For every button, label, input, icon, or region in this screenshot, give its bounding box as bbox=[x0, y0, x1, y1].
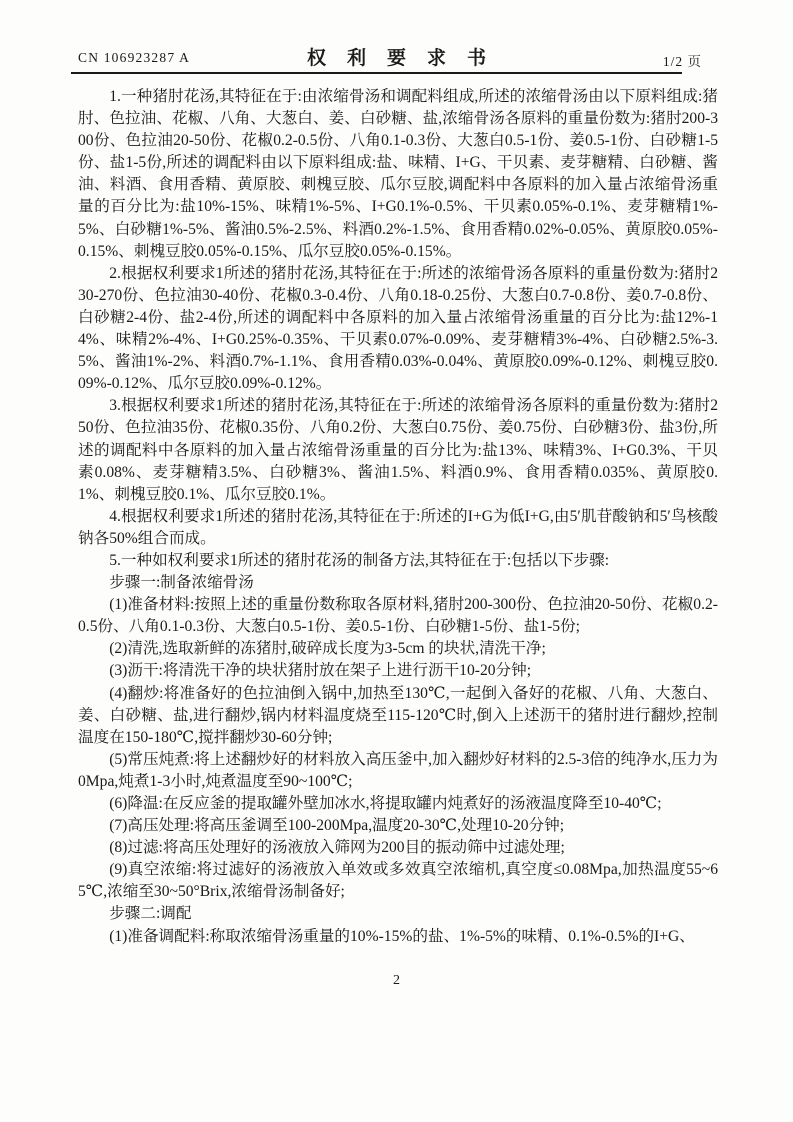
patent-claims-page: CN 106923287 A 权利要求书 1/2 页 1.一种猪肘花汤,其特征在… bbox=[0, 0, 793, 1122]
page-number: 2 bbox=[393, 973, 400, 988]
claim-paragraph: (7)高压处理:将高压釜调至100-200Mpa,温度20-30℃,处理10-2… bbox=[78, 815, 718, 837]
claim-paragraph: 步骤二:调配 bbox=[78, 903, 718, 925]
claim-paragraph: 1.一种猪肘花汤,其特征在于:由浓缩骨汤和调配料组成,所述的浓缩骨汤由以下原料组… bbox=[78, 86, 718, 263]
claim-paragraph: 3.根据权利要求1所述的猪肘花汤,其特征在于:所述的浓缩骨汤各原料的重量份数为:… bbox=[78, 395, 718, 505]
page-header: CN 106923287 A 权利要求书 1/2 页 bbox=[71, 40, 722, 74]
claim-paragraph: (1)准备调配料:称取浓缩骨汤重量的10%-15%的盐、1%-5%的味精、0.1… bbox=[78, 926, 718, 948]
claim-paragraph: (9)真空浓缩:将过滤好的汤液放入单效或多效真空浓缩机,真空度≤0.08Mpa,… bbox=[78, 859, 718, 903]
page-indicator: 1/2 页 bbox=[663, 50, 702, 70]
claim-paragraph: 4.根据权利要求1所述的猪肘花汤,其特征在于:所述的I+G为低I+G,由5′肌苷… bbox=[78, 506, 718, 550]
claim-paragraph: 2.根据权利要求1所述的猪肘花汤,其特征在于:所述的浓缩骨汤各原料的重量份数为:… bbox=[78, 263, 718, 396]
header-rule bbox=[71, 72, 682, 74]
page-footer: 2 bbox=[0, 973, 793, 989]
claim-paragraph: (5)常压炖煮:将上述翻炒好的材料放入高压釜中,加入翻炒好材料的2.5-3倍的纯… bbox=[78, 749, 718, 793]
claim-paragraph: (3)沥干:将清洗干净的块状猪肘放在架子上进行沥干10-20分钟; bbox=[78, 660, 718, 682]
claim-paragraph: (6)降温:在反应釜的提取罐外壁加冰水,将提取罐内炖煮好的汤液温度降至10-40… bbox=[78, 793, 718, 815]
claim-paragraph: 步骤一:制备浓缩骨汤 bbox=[78, 572, 718, 594]
claim-paragraph: (2)清洗,选取新鲜的冻猪肘,破碎成长度为3-5cm 的块状,清洗干净; bbox=[78, 638, 718, 660]
claim-paragraph: (8)过滤:将高压处理好的汤液放入筛网为200目的振动筛中过滤处理; bbox=[78, 837, 718, 859]
claim-paragraph: (1)准备材料:按照上述的重量份数称取各原材料,猪肘200-300份、色拉油20… bbox=[78, 594, 718, 638]
claims-body: 1.一种猪肘花汤,其特征在于:由浓缩骨汤和调配料组成,所述的浓缩骨汤由以下原料组… bbox=[78, 86, 718, 948]
claim-paragraph: (4)翻炒:将准备好的色拉油倒入锅中,加热至130℃,一起倒入备好的花椒、八角、… bbox=[78, 683, 718, 749]
claim-paragraph: 5.一种如权利要求1所述的猪肘花汤的制备方法,其特征在于:包括以下步骤: bbox=[78, 550, 718, 572]
page-title: 权利要求书 bbox=[71, 43, 722, 70]
